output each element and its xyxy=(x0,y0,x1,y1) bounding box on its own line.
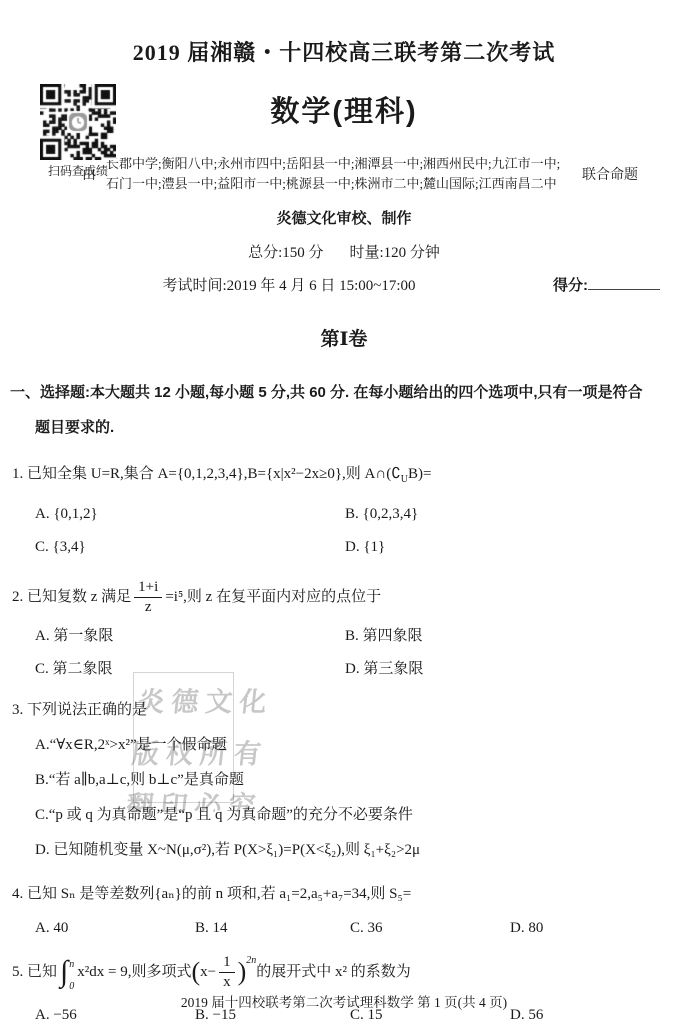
fraction-denominator: x xyxy=(219,973,235,991)
question-4-stem: 4. 已知 Sₙ 是等差数列{aₙ}的前 n 项和,若 a₁=2,a₅+a₇=3… xyxy=(12,883,676,905)
right-paren: ) xyxy=(238,959,247,985)
question-5: 5. 已知 ∫ n 0 x²dx = 9 ,则多项式 ( x− 1 x ) 2n xyxy=(12,954,676,1025)
left-paren: ( xyxy=(191,959,200,985)
school-list: 长郡中学;衡阳八中;永州市四中;岳阳县一中;湘潭县一中;湘西州民中;九江市一中;… xyxy=(106,154,568,194)
question-1-stem: 1. 已知全集 U=R,集合 A={0,1,2,3,4},B={x|x²−2x≥… xyxy=(12,463,676,491)
option-c: C.“p 或 q 为真命题”是“p 且 q 为真命题”的充分不必要条件 xyxy=(12,805,676,826)
integral: ∫ n 0 xyxy=(60,954,74,990)
question-3-stem: 3. 下列说法正确的是 xyxy=(12,699,676,721)
option-b: B.“若 a∥b,a⊥c,则 b⊥c”是真命题 xyxy=(12,770,676,791)
question-2-stem: 2. 已知复数 z 满足 1+i z =i⁵,则 z 在复平面内对应的点位于 xyxy=(12,579,676,615)
option-a: A.“∀x∈R,2ˣ>x²”是一个假命题 xyxy=(12,735,676,756)
option-d: D. 已知随机变量 X~N(μ,σ²),若 P(X>ξ₁)=P(X<ξ₂),则 … xyxy=(12,840,676,861)
question-2-stem-pre: 2. 已知复数 z 满足 xyxy=(12,586,131,608)
question-1: 1. 已知全集 U=R,集合 A={0,1,2,3,4},B={x|x²−2x≥… xyxy=(12,463,676,557)
option-c: C. 15 xyxy=(350,1005,510,1025)
option-c: C. 第二象限 xyxy=(35,659,345,679)
question-3-options: A.“∀x∈R,2ˣ>x²”是一个假命题 B.“若 a∥b,a⊥c,则 b⊥c”… xyxy=(12,735,676,861)
option-c: C. 36 xyxy=(350,918,510,938)
exam-title: 2019 届湘赣・十四校高三联考第二次考试 xyxy=(0,36,688,67)
question-2-stem-post: =i⁵,则 z 在复平面内对应的点位于 xyxy=(165,586,381,608)
section-intro-line2: 题目要求的. xyxy=(10,419,114,436)
question-1-stem-pre: 1. 已知全集 U=R,集合 A={0,1,2,3,4},B={x|x²−2x≥… xyxy=(12,466,401,482)
score-duration-line: 总分:150 分时量:120 分钟 xyxy=(0,241,688,262)
school-list-line2: 石门一中;澧县一中;益阳市一中;桃源县一中;株洲市二中;麓山国际;江西南昌二中 xyxy=(106,176,557,191)
fraction-numerator: 1+i xyxy=(134,579,162,598)
integral-body: x²dx = 9 xyxy=(77,961,127,983)
option-c: C. {3,4} xyxy=(35,537,345,557)
integral-sign: ∫ xyxy=(60,957,68,987)
score-blank-line xyxy=(588,276,660,290)
integral-upper-limit: n xyxy=(69,954,74,976)
section-intro: 一、选择题:本大题共 12 小题,每小题 5 分,共 60 分. 在每小题给出的… xyxy=(0,375,688,445)
exam-page: 2019 届湘赣・十四校高三联考第二次考试 扫码查成绩 数学(理科) 由 长郡中… xyxy=(0,0,688,1026)
produced-by: 炎德文化审校、制作 xyxy=(0,207,688,228)
duration: 时量:120 分钟 xyxy=(350,245,440,261)
exam-time-row: 考试时间:2019 年 4 月 6 日 15:00~17:00 得分: xyxy=(0,274,688,294)
option-b: B. −15 xyxy=(195,1005,350,1025)
question-5-options: A. −56 B. −15 C. 15 D. 56 xyxy=(12,1005,676,1025)
section-intro-line1: 一、选择题:本大题共 12 小题,每小题 5 分,共 60 分. 在每小题给出的… xyxy=(10,384,643,401)
questions: 1. 已知全集 U=R,集合 A={0,1,2,3,4},B={x|x²−2x≥… xyxy=(0,463,688,1025)
score-field: 得分: xyxy=(553,274,660,295)
school-list-line1: 长郡中学;衡阳八中;永州市四中;岳阳县一中;湘潭县一中;湘西州民中;九江市一中; xyxy=(106,156,560,171)
option-b: B. 第四象限 xyxy=(345,626,676,646)
exam-time: 考试时间:2019 年 4 月 6 日 15:00~17:00 xyxy=(0,274,578,295)
option-b: B. 14 xyxy=(195,918,350,938)
question-4-options: A. 40 B. 14 C. 36 D. 80 xyxy=(12,918,676,938)
question-1-options: A. {0,1,2} B. {0,2,3,4} C. {3,4} D. {1} xyxy=(12,504,676,557)
integral-limits: n 0 xyxy=(69,954,74,990)
fraction-numerator: 1 xyxy=(219,954,235,973)
part-title: 第Ⅰ卷 xyxy=(0,324,688,351)
fraction: 1+i z xyxy=(134,579,162,615)
question-2-options: A. 第一象限 B. 第四象限 C. 第二象限 D. 第三象限 xyxy=(12,626,676,679)
option-d: D. 56 xyxy=(510,1005,676,1025)
option-a: A. 第一象限 xyxy=(35,626,345,646)
score-label: 得分: xyxy=(553,277,588,294)
total-score: 总分:150 分 xyxy=(248,245,323,261)
option-a: A. −56 xyxy=(35,1005,195,1025)
question-3: 3. 下列说法正确的是 A.“∀x∈R,2ˣ>x²”是一个假命题 B.“若 a∥… xyxy=(12,699,676,861)
option-a: A. {0,1,2} xyxy=(35,504,345,524)
exponent: 2n xyxy=(246,950,256,972)
fraction-pre: x− xyxy=(200,961,216,983)
question-5-stem-post: 的展开式中 x² 的系数为 xyxy=(256,961,411,983)
qr-caption: 扫码查成绩 xyxy=(38,162,118,179)
fraction: 1 x xyxy=(219,954,235,990)
qr-code-icon xyxy=(40,84,116,160)
question-5-stem-pre: 5. 已知 xyxy=(12,961,57,983)
question-5-stem: 5. 已知 ∫ n 0 x²dx = 9 ,则多项式 ( x− 1 x ) 2n xyxy=(12,954,676,990)
option-b: B. {0,2,3,4} xyxy=(345,504,676,524)
question-4: 4. 已知 Sₙ 是等差数列{aₙ}的前 n 项和,若 a₁=2,a₅+a₇=3… xyxy=(12,883,676,938)
joint-proposition-label: 联合命题 xyxy=(582,164,638,184)
question-2: 2. 已知复数 z 满足 1+i z =i⁵,则 z 在复平面内对应的点位于 A… xyxy=(12,579,676,679)
option-a: A. 40 xyxy=(35,918,195,938)
integral-lower-limit: 0 xyxy=(69,976,74,998)
complement-subscript: U xyxy=(401,474,408,485)
option-d: D. 80 xyxy=(510,918,676,938)
question-1-stem-post: B)= xyxy=(408,466,431,482)
qr-block: 扫码查成绩 xyxy=(38,84,118,179)
fraction-denominator: z xyxy=(134,598,162,616)
option-d: D. {1} xyxy=(345,537,676,557)
option-d: D. 第三象限 xyxy=(345,659,676,679)
question-5-stem-mid: ,则多项式 xyxy=(128,961,192,983)
